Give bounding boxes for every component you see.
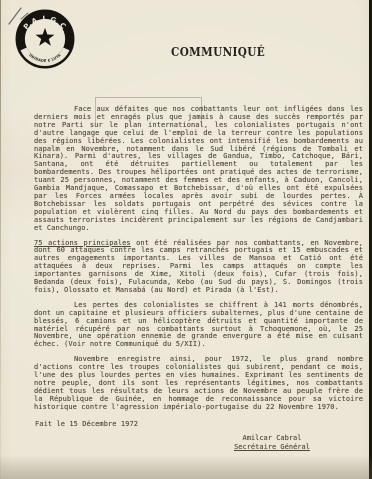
signature-block: Amilcar Cabral Secrétaire Général [220, 434, 324, 452]
paigc-logo: P.A.I.G.C UNIDADE E LUTA [14, 8, 76, 70]
signature-name: Amilcar Cabral [220, 434, 324, 443]
scanned-communique-page: P.A.I.G.C UNIDADE E LUTA COMMUNIQUÉ Face… [0, 0, 372, 479]
paragraph-dedication: Novembre enregistre ainsi, pour 1972, le… [34, 356, 363, 411]
black-star-icon [36, 28, 55, 46]
document-title: COMMUNIQUÉ [171, 45, 265, 59]
dateline: Fait le 15 Décembre 1972 [35, 420, 138, 428]
signature-title: Secrétaire Général [220, 443, 324, 452]
paragraph-terror-campaign: Face aux défaites que nos combattants le… [34, 106, 363, 233]
bottom-scan-shadow [0, 455, 372, 479]
actions-summary-rest: ont été réalisées par nos combattants, e… [34, 239, 363, 294]
paragraph-enemy-losses: Les pertes des colonialistes se chiffren… [34, 302, 363, 349]
left-scan-edge [0, 0, 1, 479]
paragraph-actions-summary: 75 actions principales ont été réalisées… [34, 240, 363, 295]
document-body: Face aux défaites que nos combattants le… [34, 106, 363, 419]
